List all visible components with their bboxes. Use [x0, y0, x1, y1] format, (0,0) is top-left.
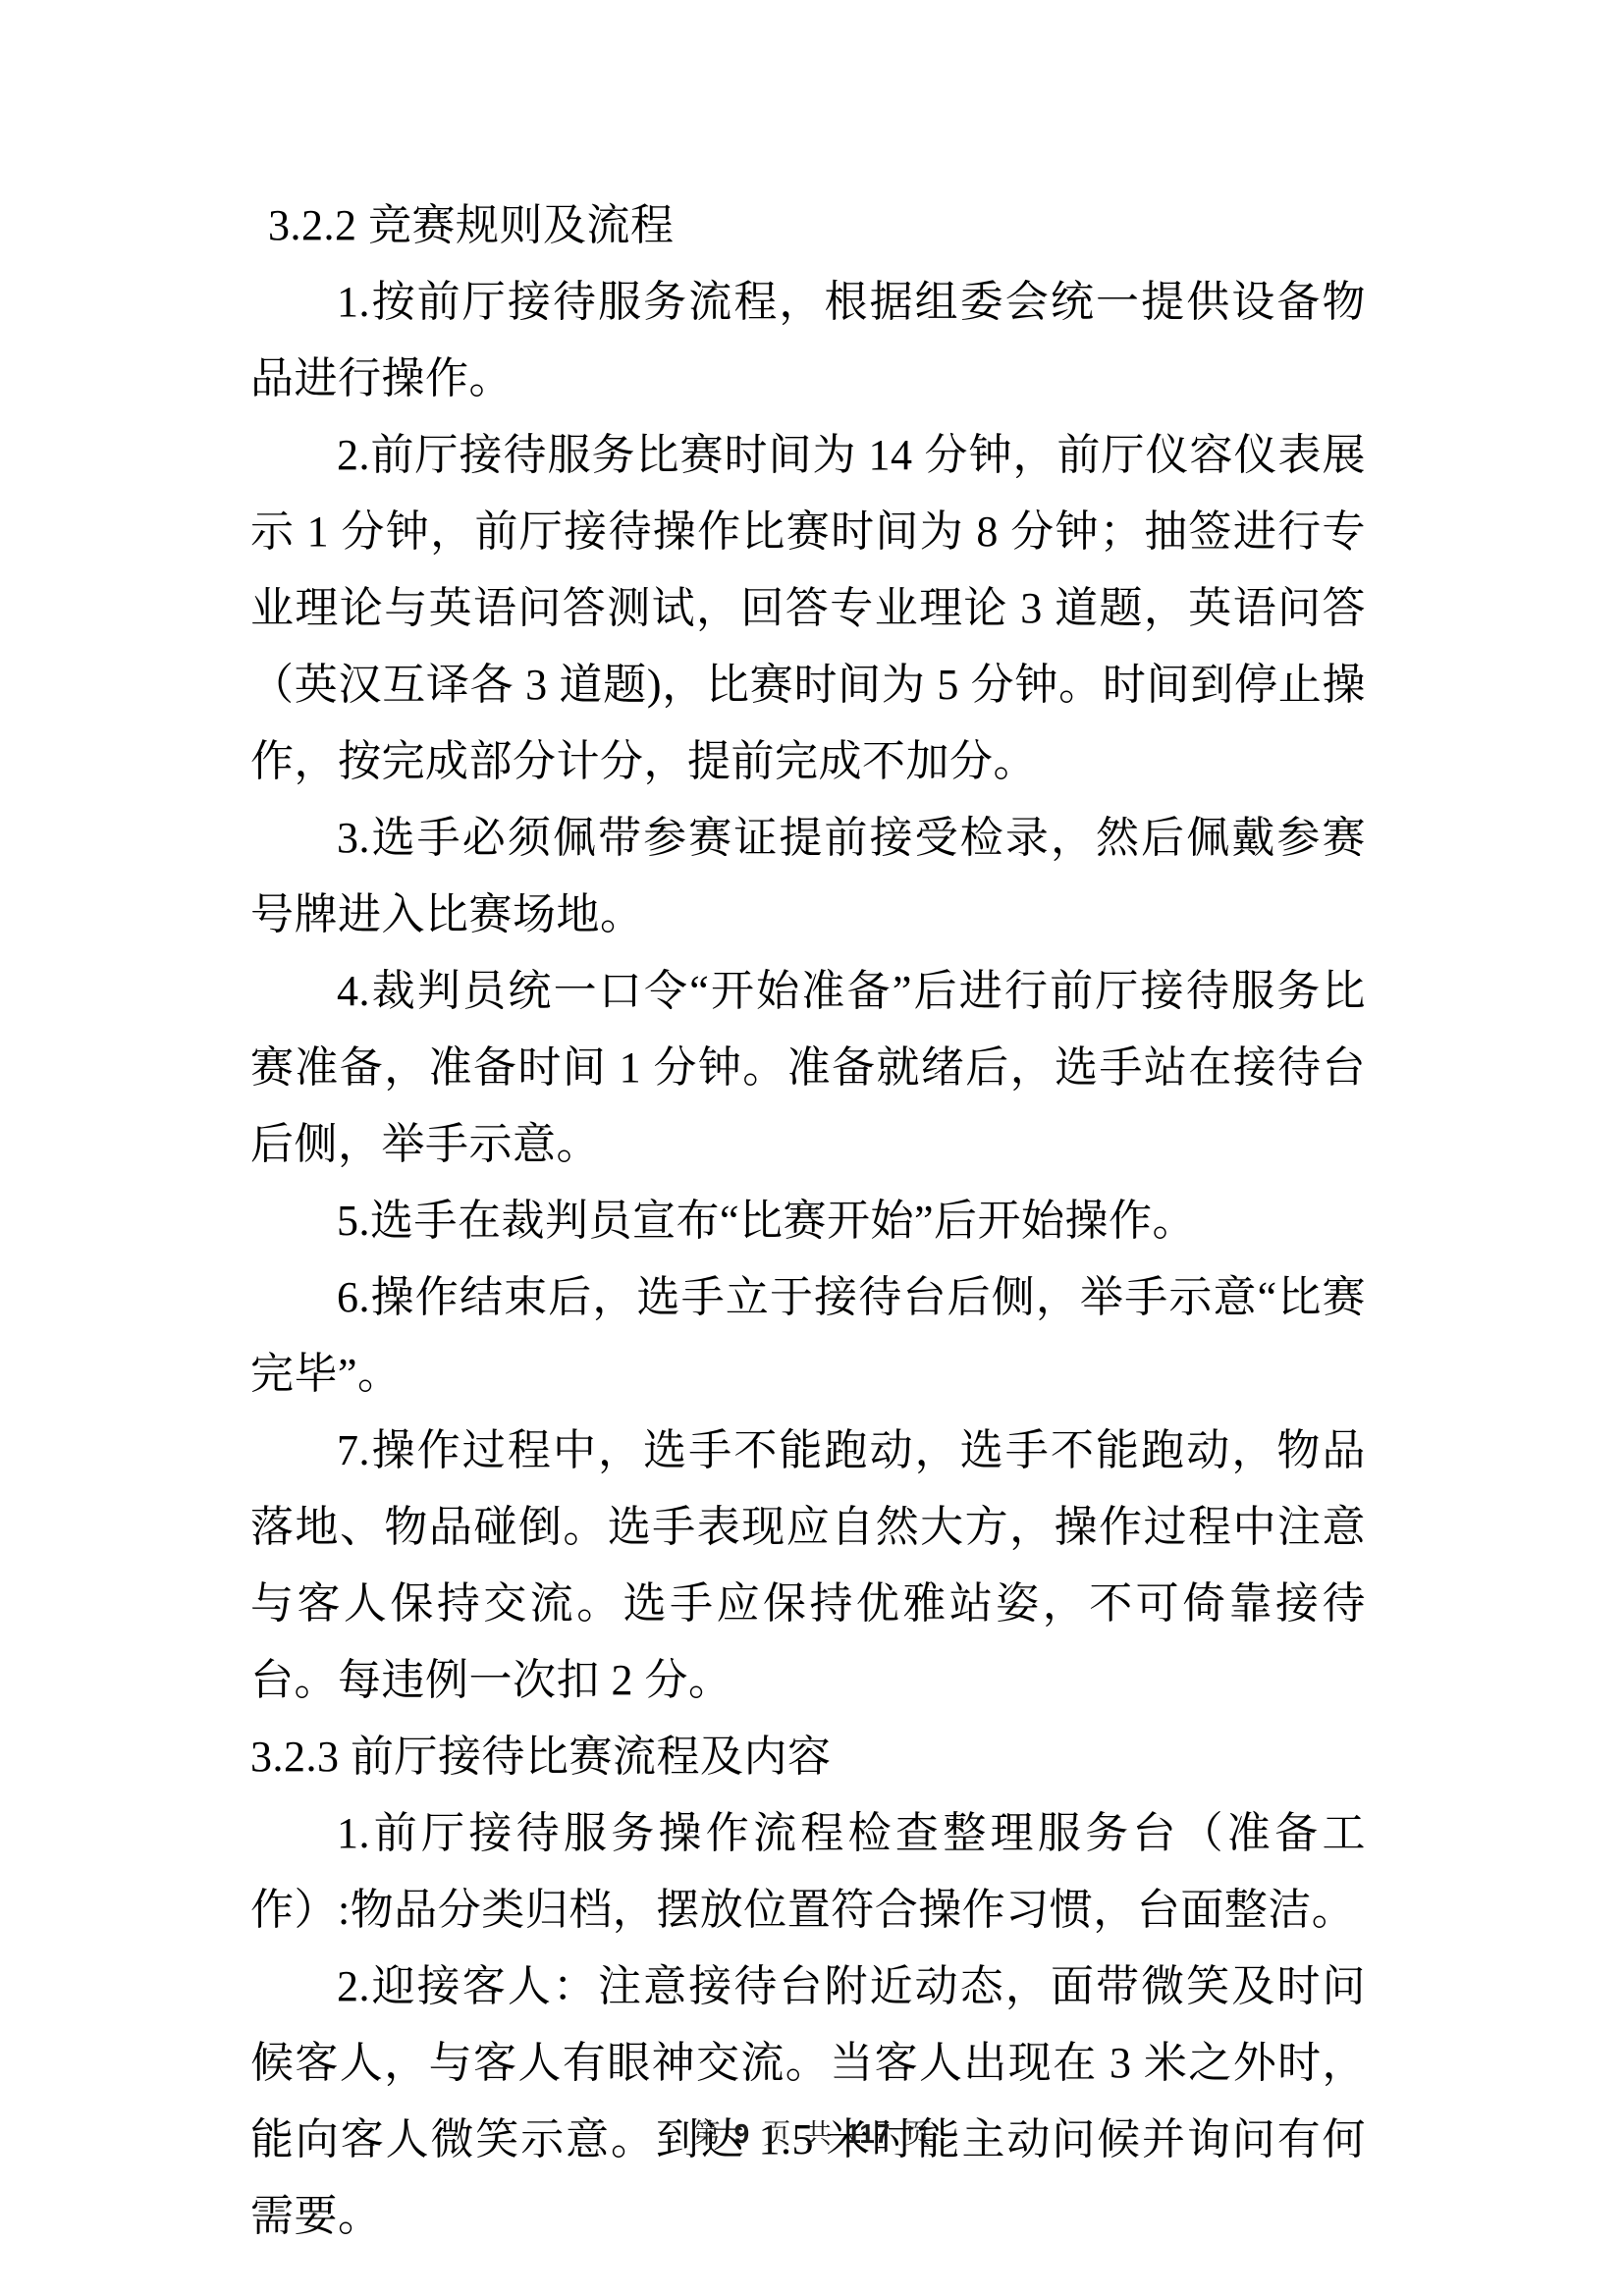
rule-paragraph-2: 2.前厅接待服务比赛时间为 14 分钟，前厅仪容仪表展示 1 分钟，前厅接待操作…	[250, 417, 1366, 800]
section-heading-323: 3.2.3 前厅接待比赛流程及内容	[250, 1719, 1366, 1795]
rule-paragraph-6: 6.操作结束后，选手立于接待台后侧，举手示意“比赛完毕”。	[250, 1259, 1366, 1413]
document-body: 3.2.2 竞赛规则及流程 1.按前厅接待服务流程，根据组委会统一提供设备物品进…	[250, 187, 1366, 2255]
footer-prefix: 第	[693, 2119, 721, 2150]
document-page: 3.2.2 竞赛规则及流程 1.按前厅接待服务流程，根据组委会统一提供设备物品进…	[0, 0, 1624, 2296]
rule-paragraph-3: 3.选手必须佩带参赛证提前接受检录，然后佩戴参赛号牌进入比赛场地。	[250, 800, 1366, 953]
section-heading-322: 3.2.2 竞赛规则及流程	[250, 187, 1366, 264]
footer-label-of: 共	[804, 2119, 832, 2150]
page-footer: 第9页共117页	[0, 2112, 1624, 2156]
footer-page-number: 9	[734, 2118, 750, 2149]
footer-label-page: 页	[763, 2119, 790, 2150]
process-paragraph-1: 1.前厅接待服务操作流程检查整理服务台（准备工作）:物品分类归档，摆放位置符合操…	[250, 1795, 1366, 1949]
rule-paragraph-7: 7.操作过程中，选手不能跑动，选手不能跑动，物品落地、物品碰倒。选手表现应自然大…	[250, 1413, 1366, 1719]
rule-paragraph-1: 1.按前厅接待服务流程，根据组委会统一提供设备物品进行操作。	[250, 264, 1366, 417]
process-paragraph-2: 2.迎接客人：注意接待台附近动态，面带微笑及时问候客人，与客人有眼神交流。当客人…	[250, 1949, 1366, 2255]
footer-total-pages: 117	[845, 2118, 890, 2149]
rule-paragraph-4: 4.裁判员统一口令“开始准备”后进行前厅接待服务比赛准备，准备时间 1 分钟。准…	[250, 953, 1366, 1183]
footer-suffix: 页	[903, 2119, 931, 2150]
rule-paragraph-5: 5.选手在裁判员宣布“比赛开始”后开始操作。	[250, 1183, 1366, 1259]
